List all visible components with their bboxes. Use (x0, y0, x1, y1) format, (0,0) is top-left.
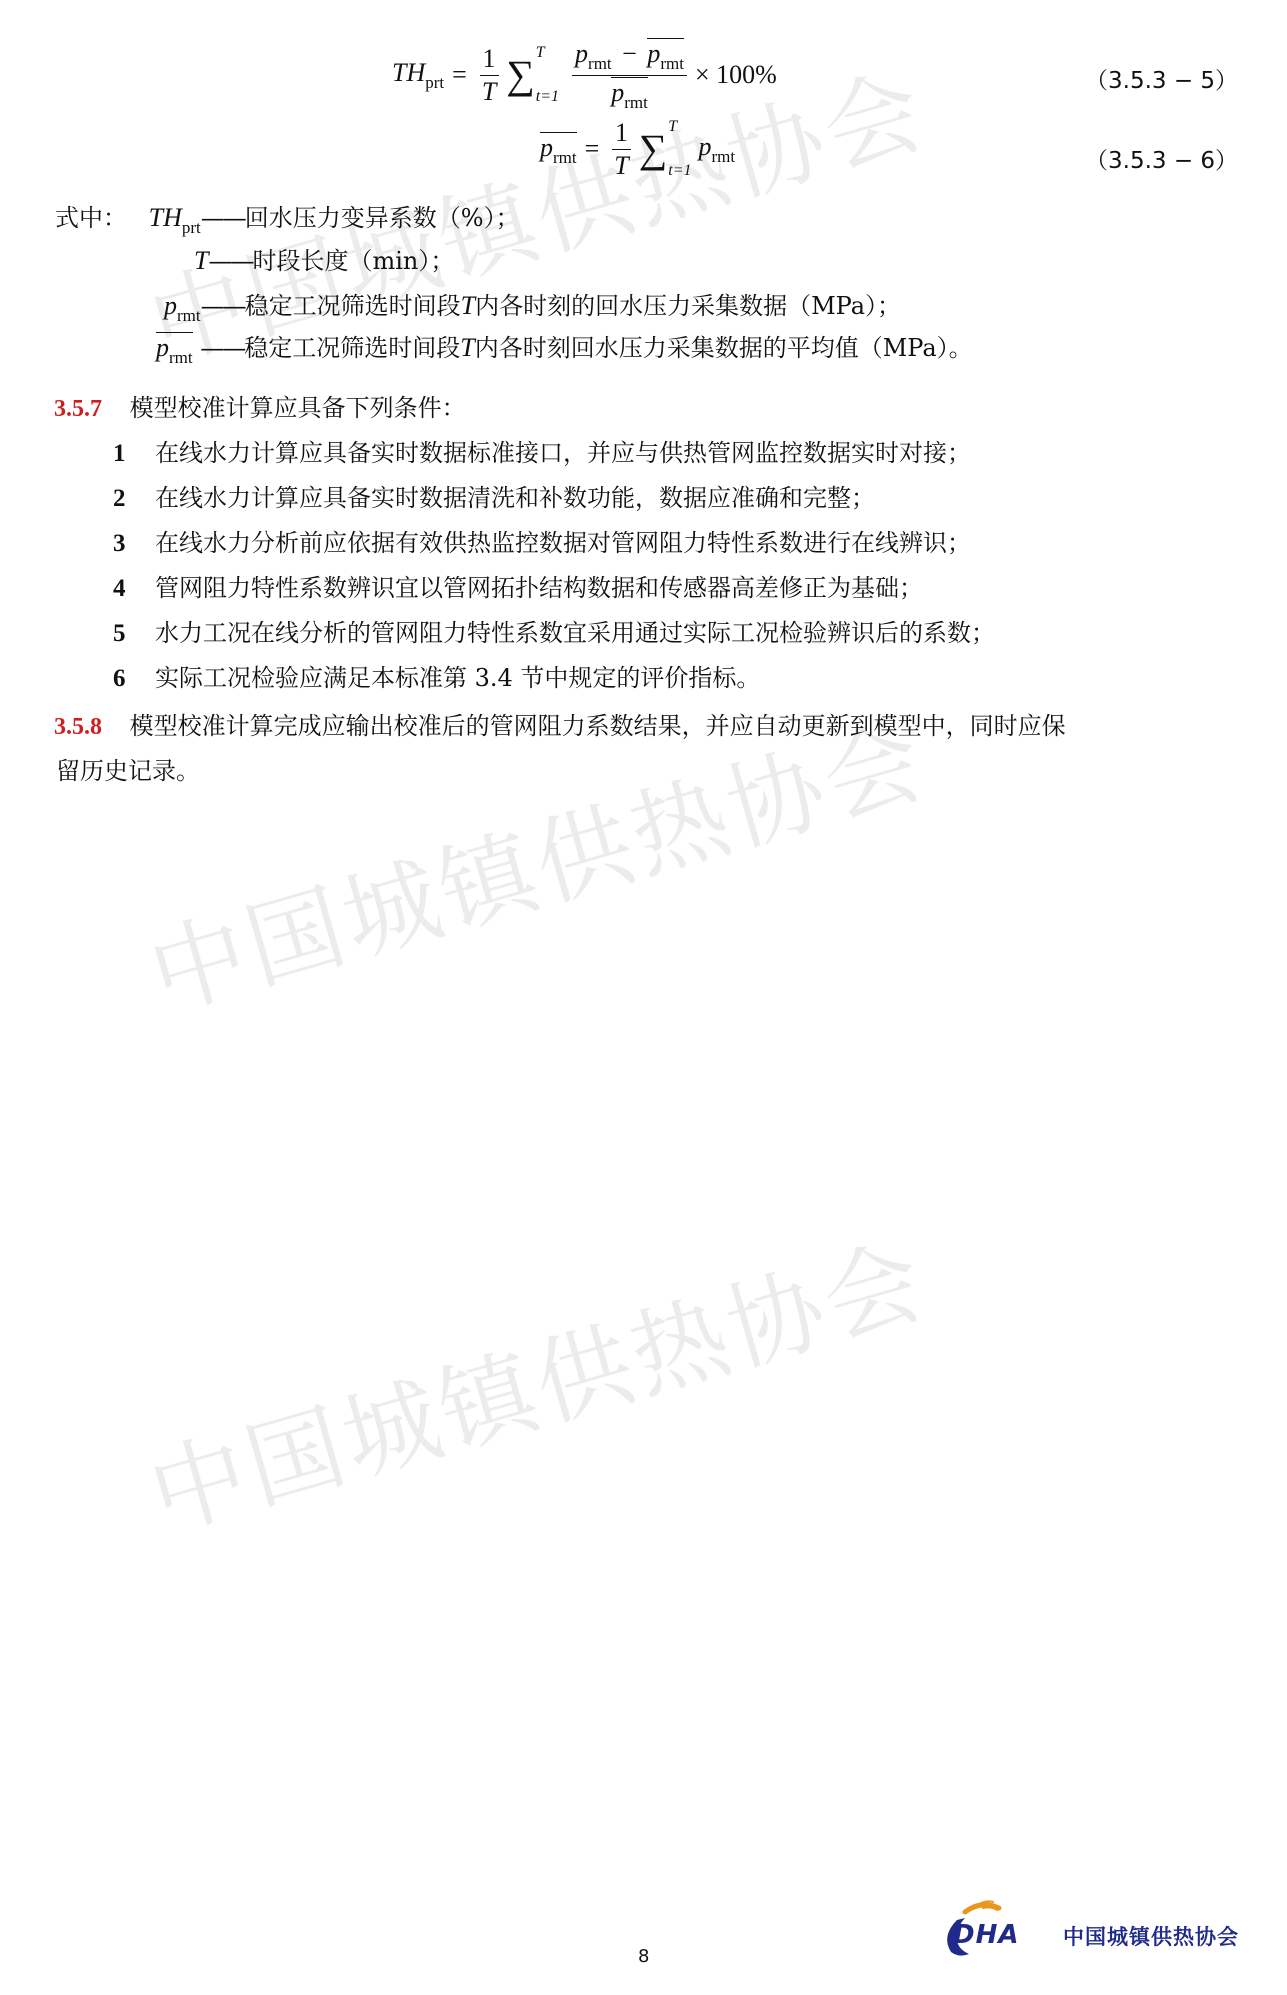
item-number: 2 (113, 483, 155, 515)
item-text: 实际工况检验应满足本标准第 3.4 节中规定的评价指标。 (155, 664, 760, 692)
list-item: 4管网阻力特性系数辨识宜以管网拓扑结构数据和传感器高差修正为基础； (113, 572, 923, 605)
association-logo: DHA 中国城镇供热协会 (935, 1898, 1239, 1954)
equals-sign: = (585, 134, 600, 164)
list-item: 5水力工况在线分析的管网阻力特性系数宜采用通过实际工况检验辨识后的系数； (113, 617, 995, 650)
summation-symbol: ∑ Tt=1 (506, 45, 559, 105)
logo-organization-name: 中国城镇供热协会 (1063, 1921, 1239, 1951)
symbol: THprt (149, 203, 201, 232)
clause-number: 3.5.8 (54, 714, 102, 740)
item-number: 4 (113, 573, 155, 605)
clause-text: 模型校准计算完成应输出校准后的管网阻力系数结果，并应自动更新到模型中，同时应保 (130, 712, 1066, 740)
list-item: 2在线水力计算应具备实时数据清洗和补数功能，数据应准确和完整； (113, 482, 875, 515)
item-number: 5 (113, 618, 155, 650)
list-item: 1在线水力计算应具备实时数据标准接口，并应与供热管网监控数据实时对接； (113, 437, 971, 470)
definition-row: T——时段长度（min）； (194, 245, 454, 277)
percent-factor: × 100% (695, 60, 777, 90)
definition-text: 稳定工况筛选时间段T内各时刻回水压力采集数据的平均值（MPa）。 (244, 334, 972, 362)
formula-3-5-3-5: THprt = 1 T ∑ Tt=1 prmt − prmt prmt × 10… (392, 38, 777, 112)
clause-text: 模型校准计算应具备下列条件： (130, 394, 466, 422)
summation-symbol: ∑ Tt=1 (639, 119, 692, 179)
clause-continuation: 留历史记录。 (56, 755, 200, 787)
page-number: 8 (638, 1946, 649, 1967)
main-fraction: prmt − prmt prmt (572, 38, 687, 112)
coefficient-fraction: 1 T (611, 118, 631, 181)
formula-3-5-3-6: prmt = 1 T ∑ Tt=1 prmt (540, 118, 735, 181)
dha-logo-icon: DHA (935, 1898, 1055, 1954)
clause-3-5-8: 3.5.8 模型校准计算完成应输出校准后的管网阻力系数结果，并应自动更新到模型中… (54, 710, 1066, 743)
equals-sign: = (452, 60, 467, 90)
symbol: T (194, 246, 208, 275)
clause-3-5-7: 3.5.7 模型校准计算应具备下列条件： (54, 392, 466, 425)
coefficient-fraction: 1 T (479, 44, 499, 107)
list-item: 6实际工况检验应满足本标准第 3.4 节中规定的评价指标。 (113, 662, 760, 695)
item-number: 6 (113, 663, 155, 695)
item-number: 1 (113, 438, 155, 470)
definition-text: 稳定工况筛选时间段T内各时刻的回水压力采集数据（MPa）； (245, 292, 901, 320)
item-text: 水力工况在线分析的管网阻力特性系数宜采用通过实际工况检验辨识后的系数； (155, 619, 995, 647)
item-number: 3 (113, 528, 155, 560)
clause-number: 3.5.7 (54, 396, 102, 422)
item-text: 在线水力计算应具备实时数据清洗和补数功能，数据应准确和完整； (155, 484, 875, 512)
formula-lhs: prmt (540, 132, 577, 168)
item-text: 在线水力计算应具备实时数据标准接口，并应与供热管网监控数据实时对接； (155, 439, 971, 467)
item-text: 管网阻力特性系数辨识宜以管网拓扑结构数据和传感器高差修正为基础； (155, 574, 923, 602)
symbol: prmt (164, 291, 201, 320)
clause-text: 留历史记录。 (56, 757, 200, 785)
definition-row: prmt ——稳定工况筛选时间段T内各时刻回水压力采集数据的平均值（MPa）。 (156, 332, 973, 368)
equation-number: （3.5.3 − 6） (1085, 142, 1238, 175)
definitions-lead: 式中： (55, 204, 127, 232)
equation-number: （3.5.3 − 5） (1085, 62, 1238, 95)
definition-row: 式中： THprt——回水压力变异系数（%）； (55, 202, 520, 244)
definition-text: 时段长度（min）； (252, 247, 454, 275)
formula-lhs: THprt (392, 58, 444, 93)
list-item: 3在线水力分析前应依据有效供热监控数据对管网阻力特性系数进行在线辨识； (113, 527, 971, 560)
definition-text: 回水压力变异系数（%）； (245, 204, 520, 232)
watermark-text: 中国城镇供热协会 (132, 1205, 939, 1557)
logo-abbreviation: DHA (953, 1920, 1019, 1950)
item-text: 在线水力分析前应依据有效供热监控数据对管网阻力特性系数进行在线辨识； (155, 529, 971, 557)
summand: prmt (699, 132, 736, 167)
symbol: prmt (156, 332, 193, 368)
definition-row: prmt——稳定工况筛选时间段T内各时刻的回水压力采集数据（MPa）； (164, 290, 901, 332)
